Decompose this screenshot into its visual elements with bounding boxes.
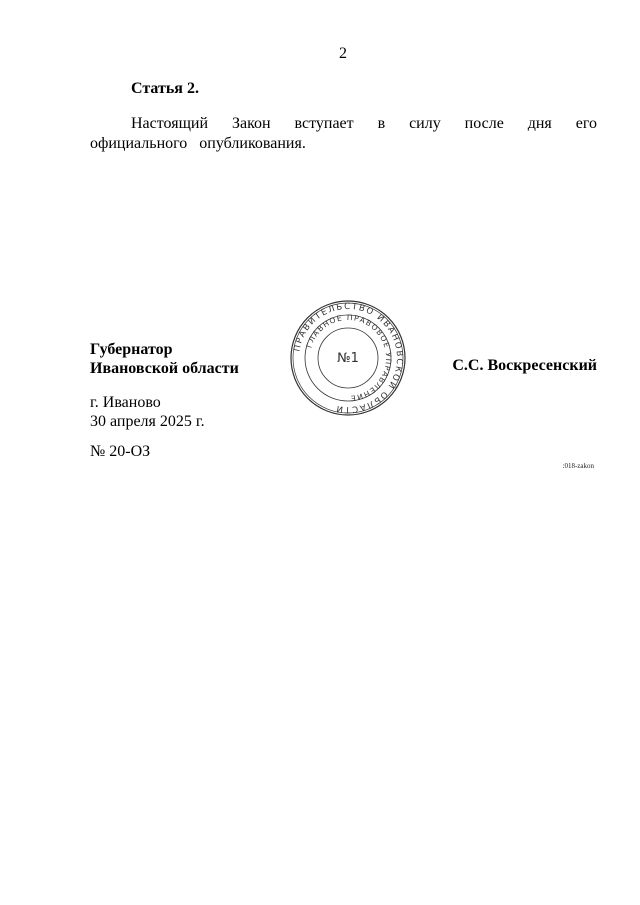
law-number: № 20-ОЗ: [90, 443, 150, 461]
official-stamp: ПРАВИТЕЛЬСТВО ИВАНОВСКОЙ ОБЛАСТИ ГЛАВНОЕ…: [288, 298, 408, 418]
governor-title: Губернатор Ивановской области: [90, 340, 239, 378]
governor-position-line1: Губернатор: [90, 340, 239, 359]
place-date-block: г. Иваново 30 апреля 2025 г.: [90, 393, 205, 431]
article-body: Настоящий Закон вступает в силу после дн…: [90, 114, 597, 154]
date: 30 апреля 2025 г.: [90, 412, 205, 431]
article-title: Статья 2.: [131, 80, 199, 98]
stamp-center-text: №1: [337, 351, 359, 366]
governor-name: С.С. Воскресенский: [452, 357, 597, 375]
document-code: :018-zakon: [563, 462, 595, 470]
page-number: 2: [0, 45, 640, 63]
stamp-seal-icon: ПРАВИТЕЛЬСТВО ИВАНОВСКОЙ ОБЛАСТИ ГЛАВНОЕ…: [288, 298, 408, 418]
place: г. Иваново: [90, 393, 205, 412]
governor-position-line2: Ивановской области: [90, 359, 239, 378]
